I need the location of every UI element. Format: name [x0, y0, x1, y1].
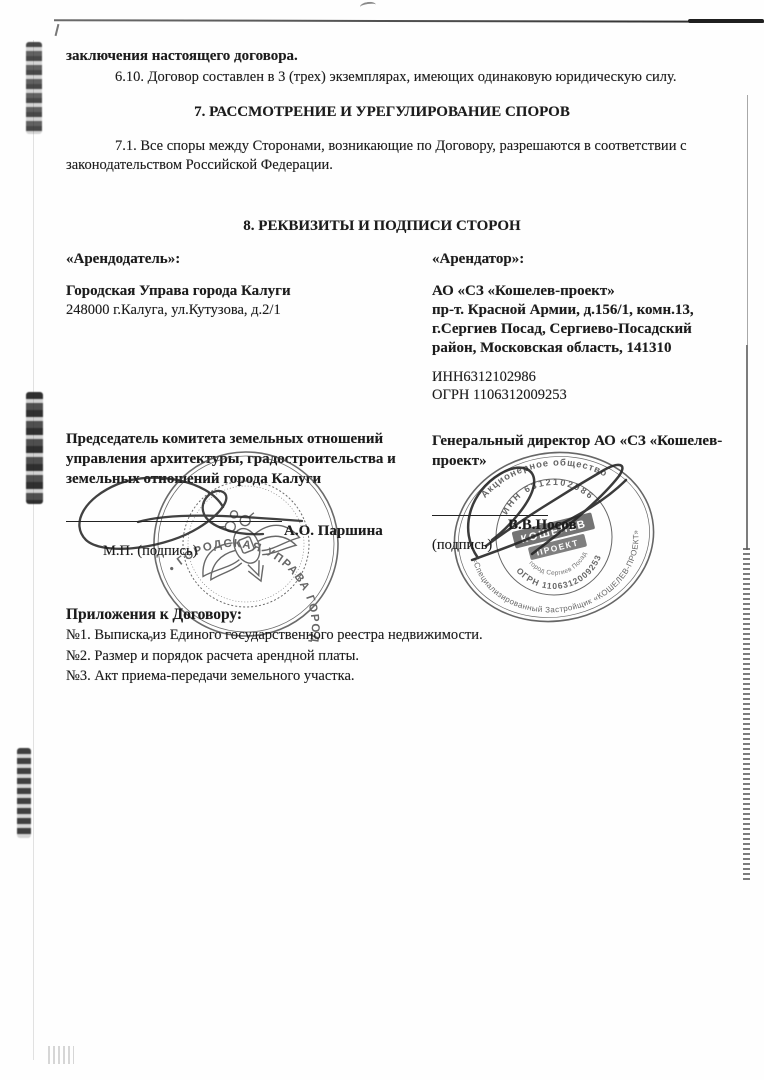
- clause-6-9-tail: заключения настоящего договора.: [66, 47, 298, 66]
- tenant-handwritten-signature: [436, 436, 666, 586]
- scan-artifact-smudge-middle: [26, 392, 43, 504]
- scan-artifact-edge-microtext: [743, 548, 750, 880]
- tenant-inn: ИНН6312102986: [432, 368, 536, 387]
- tenant-address-line-3: район, Московская область, 141310: [432, 339, 672, 358]
- attachment-item-2: №2. Размер и порядок расчета арендной пл…: [66, 646, 483, 667]
- landlord-seal-signature-label: М.П. (подпись): [103, 542, 197, 561]
- scanned-contract-page: заключения настоящего договора. 6.10. До…: [0, 0, 764, 1080]
- scan-artifact-top-line: [54, 19, 764, 22]
- attachments-title: Приложения к Договору:: [66, 604, 483, 625]
- tenant-role-label: «Арендатор»:: [432, 250, 524, 269]
- scan-artifact-left-fold-line: [33, 40, 34, 1060]
- tenant-address-line-1: пр-т. Красной Армии, д.156/1, комн.13,: [432, 301, 694, 320]
- landlord-role-label: «Арендодатель»:: [66, 250, 180, 269]
- tenant-signer-name: В.В.Носов: [508, 516, 577, 535]
- scan-artifact-smudge-lower: [17, 748, 31, 838]
- attachment-item-1: №1. Выписка из Единого государственного …: [66, 625, 483, 646]
- clause-7-1: 7.1. Все споры между Сторонами, возникаю…: [66, 137, 714, 175]
- section-7-title: 7. РАССМОТРЕНИЕ И УРЕГУЛИРОВАНИЕ СПОРОВ: [0, 103, 764, 122]
- tenant-name: АО «СЗ «Кошелев-проект»: [432, 282, 742, 302]
- clause-6-10: 6.10. Договор составлен в 3 (трех) экзем…: [66, 68, 726, 87]
- section-8-title: 8. РЕКВИЗИТЫ И ПОДПИСИ СТОРОН: [0, 217, 764, 236]
- attachment-item-3: №3. Акт приема-передачи земельного участ…: [66, 666, 483, 687]
- landlord-address: 248000 г.Калуга, ул.Кутузова, д.2/1: [66, 301, 281, 320]
- scan-artifact-top-line-thick: [688, 19, 764, 23]
- scan-artifact-tick: [360, 1, 377, 11]
- scan-artifact-tick-left: [55, 24, 60, 36]
- landlord-name: Городская Управа города Калуги: [66, 282, 291, 301]
- tenant-signature-label: (подпись): [432, 536, 492, 555]
- scan-artifact-smudge-bottom: [48, 1046, 74, 1064]
- tenant-address-line-2: г.Сергиев Посад, Сергиево-Посадский: [432, 320, 692, 339]
- tenant-ogrn: ОГРН 1106312009253: [432, 386, 567, 405]
- scan-artifact-right-line-lower: [746, 345, 748, 550]
- attachments-block: Приложения к Договору: №1. Выписка из Ед…: [66, 604, 483, 687]
- landlord-signer-name: А.О. Паршина: [284, 522, 383, 541]
